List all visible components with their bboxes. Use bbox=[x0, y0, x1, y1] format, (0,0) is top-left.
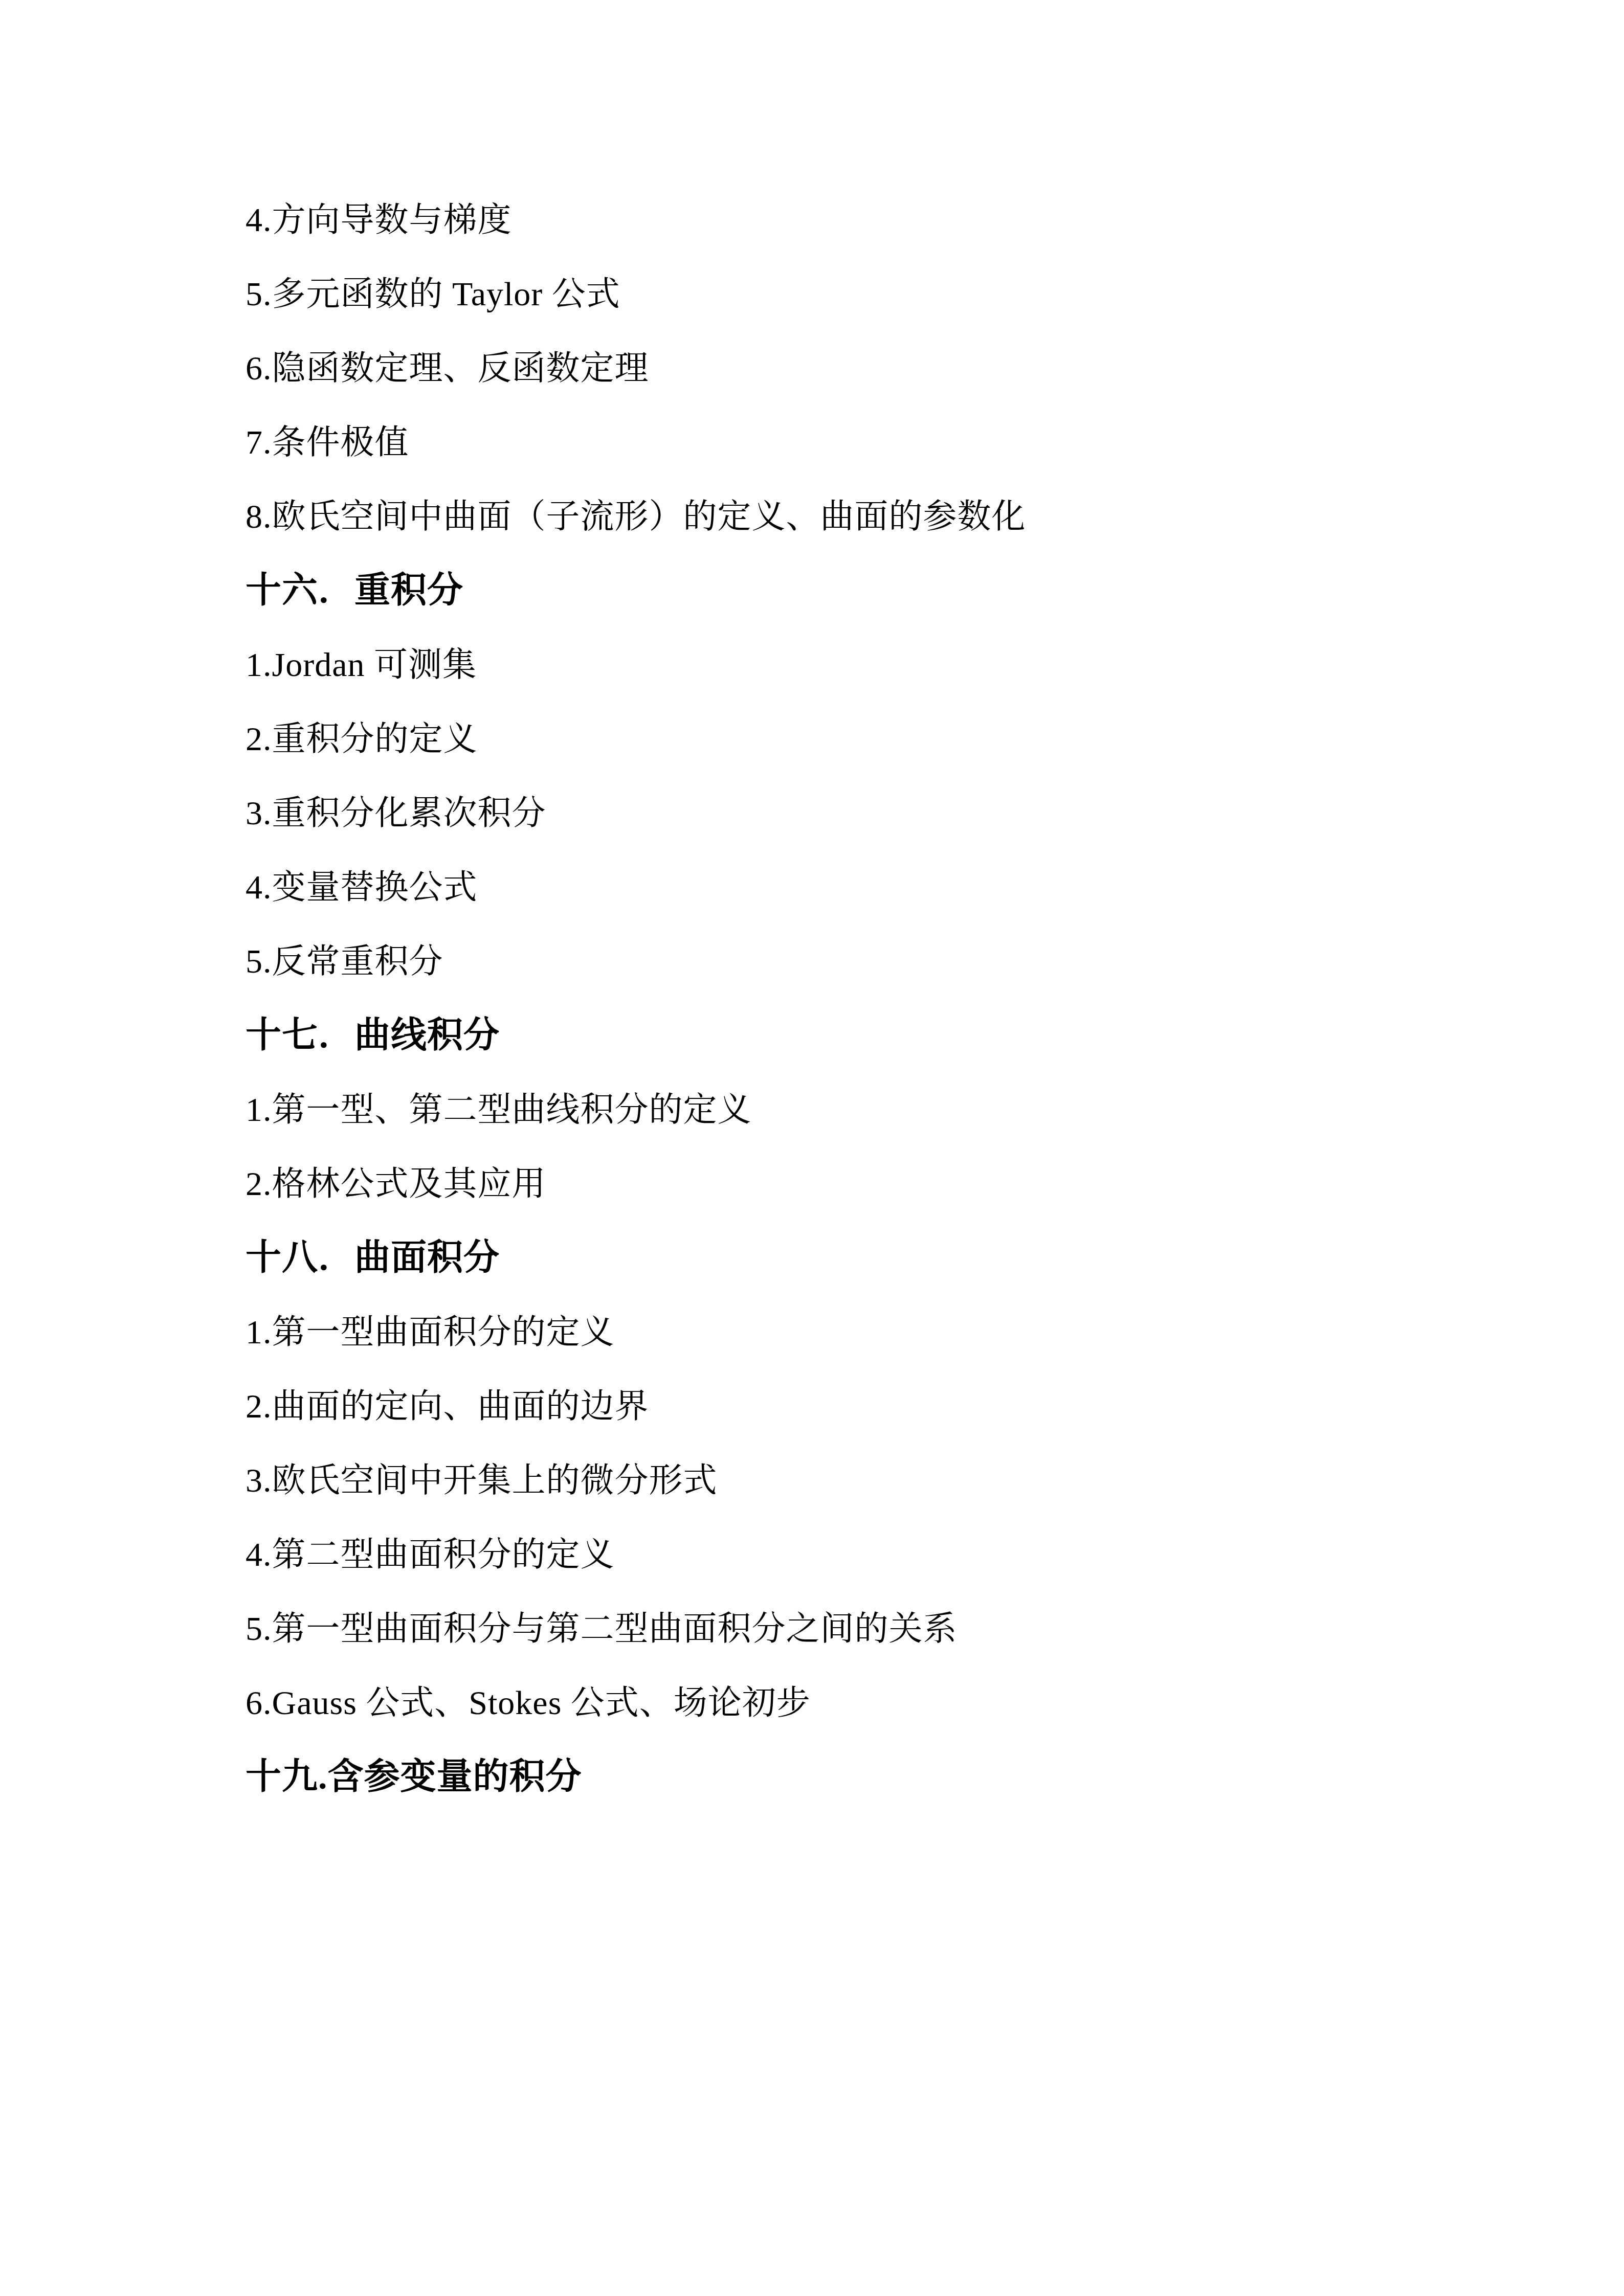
list-item: 1.第一型曲面积分的定义 bbox=[246, 1295, 1532, 1369]
list-item: 5.反常重积分 bbox=[246, 925, 1532, 999]
list-item: 5.第一型曲面积分与第二型曲面积分之间的关系 bbox=[246, 1592, 1532, 1666]
section-heading: 十八．曲面积分 bbox=[246, 1221, 1532, 1295]
document-content: 4.方向导数与梯度5.多元函数的 Taylor 公式6.隐函数定理、反函数定理7… bbox=[246, 183, 1532, 1814]
section-heading: 十六．重积分 bbox=[246, 554, 1532, 628]
list-item: 6.Gauss 公式、Stokes 公式、场论初步 bbox=[246, 1666, 1532, 1740]
section-heading: 十九.含参变量的积分 bbox=[246, 1740, 1532, 1814]
list-item: 2.曲面的定向、曲面的边界 bbox=[246, 1369, 1532, 1444]
list-item: 6.隐函数定理、反函数定理 bbox=[246, 331, 1532, 406]
list-item: 3.欧氏空间中开集上的微分形式 bbox=[246, 1444, 1532, 1518]
list-item: 4.第二型曲面积分的定义 bbox=[246, 1518, 1532, 1592]
list-item: 1.第一型、第二型曲线积分的定义 bbox=[246, 1073, 1532, 1147]
list-item: 4.变量替换公式 bbox=[246, 850, 1532, 925]
list-item: 3.重积分化累次积分 bbox=[246, 776, 1532, 850]
list-item: 4.方向导数与梯度 bbox=[246, 183, 1532, 257]
list-item: 1.Jordan 可测集 bbox=[246, 628, 1532, 702]
document-page: 4.方向导数与梯度5.多元函数的 Taylor 公式6.隐函数定理、反函数定理7… bbox=[0, 0, 1624, 2296]
list-item: 8.欧氏空间中曲面（子流形）的定义、曲面的参数化 bbox=[246, 480, 1532, 554]
section-heading: 十七．曲线积分 bbox=[246, 999, 1532, 1073]
list-item: 2.格林公式及其应用 bbox=[246, 1147, 1532, 1221]
list-item: 2.重积分的定义 bbox=[246, 702, 1532, 776]
list-item: 5.多元函数的 Taylor 公式 bbox=[246, 257, 1532, 331]
list-item: 7.条件极值 bbox=[246, 406, 1532, 480]
